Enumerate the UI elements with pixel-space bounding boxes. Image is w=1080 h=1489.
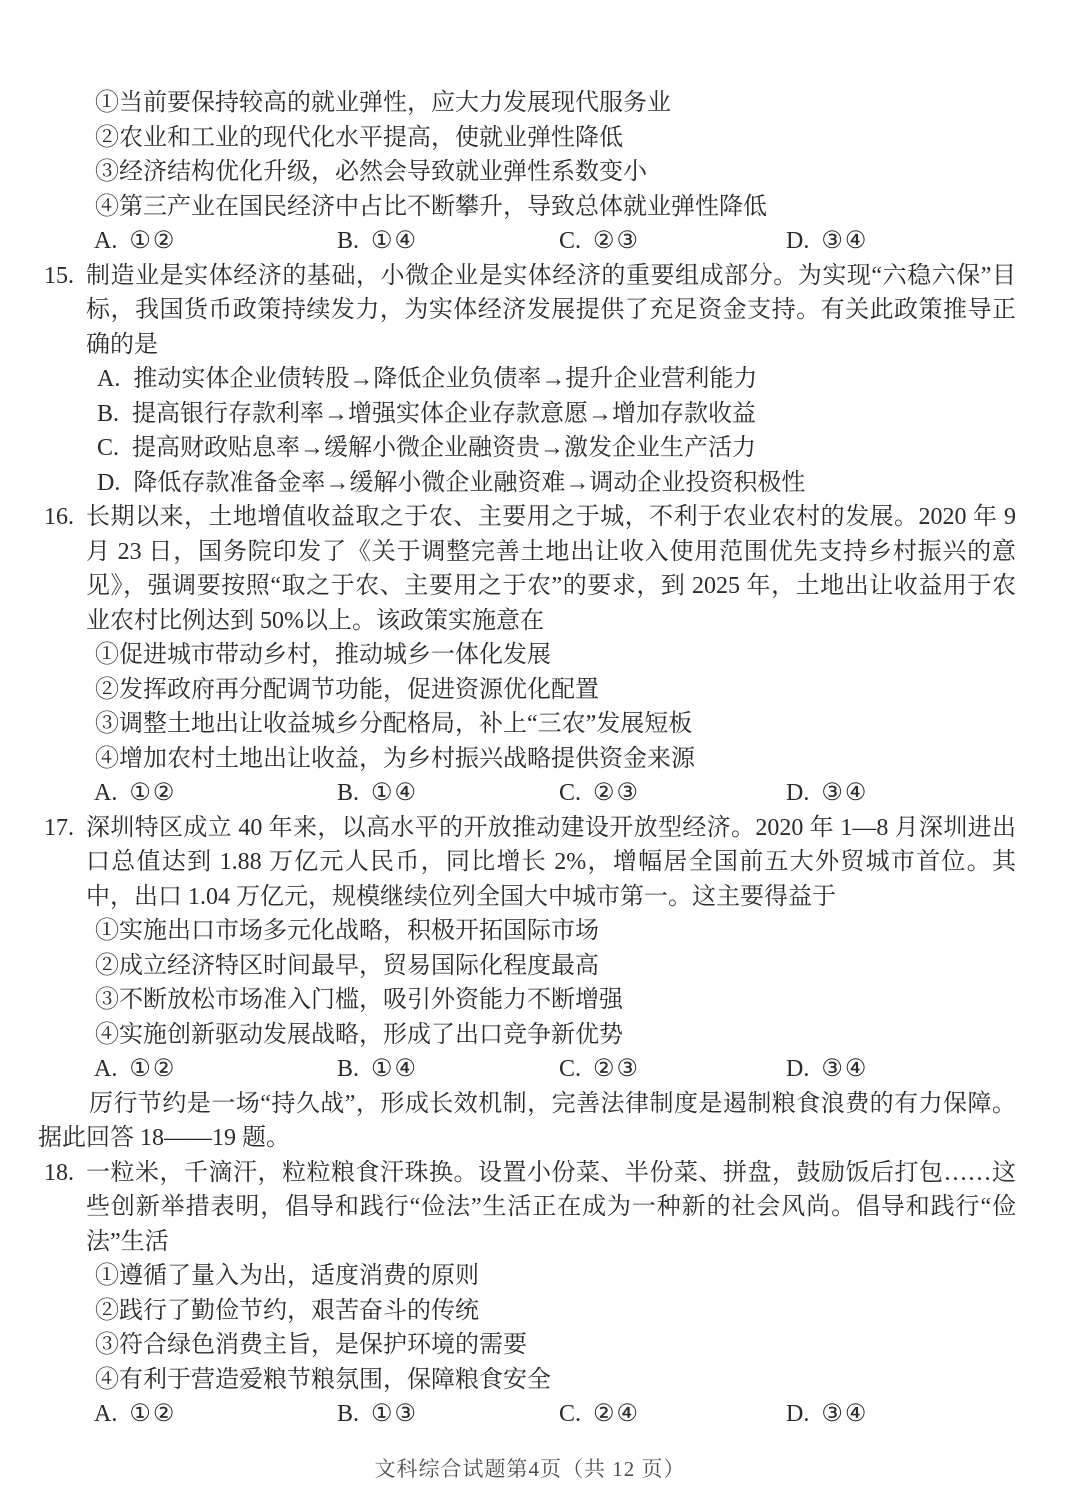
passage-18-19: 厉行节约是一场“持久战”，形成长效机制，完善法律制度是遏制粮食浪费的有力保障。据…: [38, 1087, 1016, 1156]
q17-number: 17.: [44, 811, 74, 846]
q14-suboption-2: ②农业和工业的现代化水平提高，使就业弹性降低: [44, 121, 1016, 156]
option-text: 提高财政贴息率→缓解小微企业融资贵→激发企业生产活力: [132, 435, 756, 461]
q15-option-a: A.推动实体企业债转股→降低企业负债率→提升企业营利能力: [44, 362, 1016, 397]
answer-label: D.: [786, 1056, 809, 1082]
q16-suboption-2: ②发挥政府再分配调节功能，促进资源优化配置: [44, 673, 1016, 708]
answer-numbers: ①④: [371, 1056, 418, 1082]
q14-suboption-4: ④第三产业在国民经济中占比不断攀升，导致总体就业弹性降低: [44, 190, 1016, 225]
q17-answer-a: A.①②: [94, 1052, 176, 1087]
question-block-15: 15. 制造业是实体经济的基础，小微企业是实体经济的重要组成部分。为实现“六稳六…: [44, 259, 1016, 501]
q17-suboption-2: ②成立经济特区时间最早，贸易国际化程度最高: [44, 949, 1016, 984]
answer-label: B.: [337, 1401, 359, 1427]
q15-option-d: D.降低存款准备金率→缓解小微企业融资难→调动企业投资积极性: [44, 466, 1016, 501]
q16-suboption-1: ①促进城市带动乡村，推动城乡一体化发展: [44, 638, 1016, 673]
q18-answer-b: B.①③: [337, 1397, 418, 1432]
answer-label: B.: [337, 228, 359, 254]
q18-answer-d: D.③④: [786, 1397, 868, 1432]
q18-suboption-4: ④有利于营造爱粮节粮氛围，保障粮食安全: [44, 1363, 1016, 1398]
answer-label: B.: [337, 780, 359, 806]
q15-number: 15.: [44, 259, 74, 294]
option-text: 降低存款准备金率→缓解小微企业融资难→调动企业投资积极性: [133, 470, 805, 496]
q17-suboption-4: ④实施创新驱动发展战略，形成了出口竞争新优势: [44, 1018, 1016, 1053]
answer-label: D.: [786, 1401, 809, 1427]
q17-suboption-1: ①实施出口市场多元化战略，积极开拓国际市场: [44, 914, 1016, 949]
option-label: C.: [97, 431, 119, 466]
q18-answer-row: A.①② B.①③ C.②④ D.③④: [44, 1397, 1016, 1432]
q17-answer-row: A.①② B.①④ C.②③ D.③④: [44, 1052, 1016, 1087]
q17-answer-b: B.①④: [337, 1052, 418, 1087]
question-block-17: 17. 深圳特区成立 40 年来，以高水平的开放推动建设开放型经济。2020 年…: [44, 811, 1016, 1087]
answer-label: A.: [94, 228, 117, 254]
exam-page: ①当前要保持较高的就业弹性，应大力发展现代服务业 ②农业和工业的现代化水平提高，…: [0, 0, 1080, 1489]
q17-suboption-3: ③不断放松市场准入门槛，吸引外资能力不断增强: [44, 983, 1016, 1018]
q14-answer-c: C.②③: [559, 224, 640, 259]
option-label: B.: [97, 397, 119, 432]
q18-answer-a: A.①②: [94, 1397, 176, 1432]
q17-stem: 17. 深圳特区成立 40 年来，以高水平的开放推动建设开放型经济。2020 年…: [44, 811, 1016, 915]
answer-label: A.: [94, 1401, 117, 1427]
answer-label: C.: [559, 228, 581, 254]
page-footer: 文科综合试题第4页（共 12 页）: [44, 1454, 1016, 1484]
q16-answer-b: B.①④: [337, 776, 418, 811]
q16-answer-row: A.①② B.①④ C.②③ D.③④: [44, 776, 1016, 811]
q18-suboption-3: ③符合绿色消费主旨，是保护环境的需要: [44, 1328, 1016, 1363]
question-block-14: ①当前要保持较高的就业弹性，应大力发展现代服务业 ②农业和工业的现代化水平提高，…: [44, 86, 1016, 259]
q16-stem-text: 长期以来，土地增值收益取之于农、主要用之于城，不利于农业农村的发展。2020 年…: [86, 504, 1016, 634]
q16-answer-c: C.②③: [559, 776, 640, 811]
answer-label: B.: [337, 1056, 359, 1082]
answer-label: D.: [786, 228, 809, 254]
q15-option-b: B.提高银行存款利率→增强实体企业存款意愿→增加存款收益: [44, 397, 1016, 432]
q18-number: 18.: [44, 1156, 74, 1191]
q16-stem: 16. 长期以来，土地增值收益取之于农、主要用之于城，不利于农业农村的发展。20…: [44, 500, 1016, 638]
q16-suboption-4: ④增加农村土地出让收益，为乡村振兴战略提供资金来源: [44, 742, 1016, 777]
q17-answer-d: D.③④: [786, 1052, 868, 1087]
answer-label: A.: [94, 1056, 117, 1082]
answer-numbers: ①④: [371, 228, 418, 254]
answer-label: C.: [559, 1401, 581, 1427]
q18-stem-text: 一粒米，千滴汗，粒粒粮食汗珠换。设置小份菜、半份菜、拼盘，鼓励饭后打包……这些创…: [86, 1160, 1016, 1255]
answer-numbers: ①③: [371, 1401, 418, 1427]
q16-number: 16.: [44, 500, 74, 535]
q14-answer-row: A.①② B.①④ C.②③ D.③④: [44, 224, 1016, 259]
q16-answer-a: A.①②: [94, 776, 176, 811]
answer-numbers: ①④: [371, 780, 418, 806]
q17-stem-text: 深圳特区成立 40 年来，以高水平的开放推动建设开放型经济。2020 年 1—8…: [86, 815, 1016, 910]
q16-suboption-3: ③调整土地出让收益城乡分配格局，补上“三农”发展短板: [44, 707, 1016, 742]
q14-answer-b: B.①④: [337, 224, 418, 259]
q17-answer-c: C.②③: [559, 1052, 640, 1087]
answer-numbers: ③④: [821, 1401, 868, 1427]
answer-numbers: ②③: [593, 228, 640, 254]
question-block-18: 18. 一粒米，千滴汗，粒粒粮食汗珠换。设置小份菜、半份菜、拼盘，鼓励饭后打包……: [44, 1156, 1016, 1432]
q18-suboption-2: ②践行了勤俭节约，艰苦奋斗的传统: [44, 1294, 1016, 1329]
answer-label: D.: [786, 780, 809, 806]
option-text: 提高银行存款利率→增强实体企业存款意愿→增加存款收益: [132, 401, 756, 427]
answer-label: C.: [559, 780, 581, 806]
q15-stem-text: 制造业是实体经济的基础，小微企业是实体经济的重要组成部分。为实现“六稳六保”目标…: [86, 263, 1016, 358]
answer-numbers: ②④: [593, 1401, 640, 1427]
option-text: 推动实体企业债转股→降低企业负债率→提升企业营利能力: [133, 366, 757, 392]
option-label: A.: [97, 362, 120, 397]
answer-numbers: ③④: [821, 228, 868, 254]
q14-answer-a: A.①②: [94, 224, 176, 259]
q16-answer-d: D.③④: [786, 776, 868, 811]
answer-numbers: ①②: [129, 780, 176, 806]
option-label: D.: [97, 466, 120, 501]
q15-stem: 15. 制造业是实体经济的基础，小微企业是实体经济的重要组成部分。为实现“六稳六…: [44, 259, 1016, 363]
answer-numbers: ②③: [593, 780, 640, 806]
answer-numbers: ③④: [821, 1056, 868, 1082]
answer-numbers: ③④: [821, 780, 868, 806]
q14-suboption-1: ①当前要保持较高的就业弹性，应大力发展现代服务业: [44, 86, 1016, 121]
answer-label: C.: [559, 1056, 581, 1082]
question-block-16: 16. 长期以来，土地增值收益取之于农、主要用之于城，不利于农业农村的发展。20…: [44, 500, 1016, 811]
answer-label: A.: [94, 780, 117, 806]
q14-answer-d: D.③④: [786, 224, 868, 259]
q14-suboption-3: ③经济结构优化升级，必然会导致就业弹性系数变小: [44, 155, 1016, 190]
answer-numbers: ①②: [129, 1401, 176, 1427]
answer-numbers: ①②: [129, 228, 176, 254]
q18-answer-c: C.②④: [559, 1397, 640, 1432]
answer-numbers: ①②: [129, 1056, 176, 1082]
answer-numbers: ②③: [593, 1056, 640, 1082]
q15-option-c: C.提高财政贴息率→缓解小微企业融资贵→激发企业生产活力: [44, 431, 1016, 466]
q18-suboption-1: ①遵循了量入为出，适度消费的原则: [44, 1259, 1016, 1294]
q18-stem: 18. 一粒米，千滴汗，粒粒粮食汗珠换。设置小份菜、半份菜、拼盘，鼓励饭后打包……: [44, 1156, 1016, 1260]
